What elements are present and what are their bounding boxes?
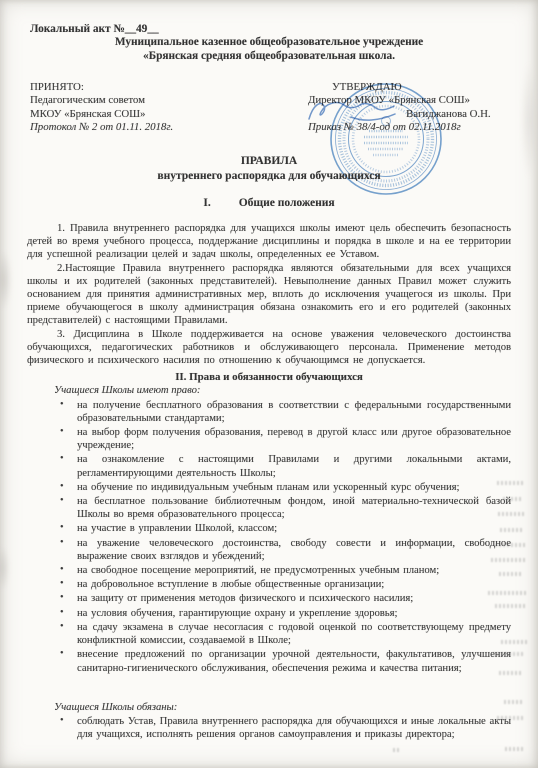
paragraph-1: 1. Правила внутреннего распорядка для уч… (27, 222, 511, 262)
bullet-icon: • (60, 563, 64, 576)
org-name-line-2: «Брянская средняя общеобразовательная шк… (0, 50, 538, 62)
accepted-block: ПРИНЯТО: Педагогическим советом МКОУ «Бр… (30, 81, 173, 135)
list-item: •на обучение по индивидуальным учебным п… (27, 481, 511, 494)
list-item-text: на уважение человеческого достоинства, с… (77, 538, 511, 562)
bullet-icon: • (60, 425, 64, 438)
list-item-text: на обучение по индивидуальным учебным пл… (77, 482, 460, 493)
accepted-protocol-line: Протокол № 2 от 01.11. 2018г. (30, 121, 173, 134)
accepted-line: Педагогическим советом (30, 94, 173, 107)
section-1-number: I. (203, 197, 210, 209)
list-item: •на сдачу экзамена в случае несогласия с… (27, 621, 511, 647)
bullet-icon: • (60, 647, 64, 660)
list-item: •на получение бесплатного образования в … (27, 399, 511, 425)
list-item: •внесение предложений по организации уро… (27, 648, 511, 674)
list-item-text: на выбор форм получения образования, пер… (77, 427, 511, 451)
list-item-text: на условия обучения, гарантирующие охран… (77, 608, 397, 619)
local-act-number: Локальный акт №__49__ (30, 23, 159, 35)
accepted-line: МКОУ «Брянская СОШ» (30, 108, 173, 121)
bullet-icon: • (60, 536, 64, 549)
list-item: •на выбор форм получения образования, пе… (27, 426, 511, 452)
bullet-icon: • (60, 620, 64, 633)
list-item-text: на добровольное вступление в любые общес… (77, 579, 384, 590)
accepted-label: ПРИНЯТО: (30, 81, 173, 94)
document-body: 1. Правила внутреннего распорядка для уч… (27, 222, 511, 741)
list-item: •на свободное посещение мероприятий, не … (27, 564, 511, 577)
list-item-text: на бесплатное пользование библиотечным ф… (77, 496, 511, 520)
list-item: •на уважение человеческого достоинства, … (27, 537, 511, 563)
list-item: •на ознакомление с настоящими Правилами … (27, 453, 511, 479)
list-item-text: внесение предложений по организации уроч… (77, 649, 511, 673)
section-2-heading: II. Права и обязанности обучающихся (27, 371, 511, 384)
list-item: •на защиту от применения методов физичес… (27, 592, 511, 605)
bullet-icon: • (60, 521, 64, 534)
bullet-icon: • (60, 452, 64, 465)
section-1-title: Общие положения (239, 197, 335, 209)
scan-smudge (0, 250, 12, 310)
rights-lead: Учащиеся Школы имеют право: (54, 384, 511, 397)
document-page: Локальный акт №__49__ Муниципальное казе… (0, 0, 538, 768)
org-name-line-1: Муниципальное казенное общеобразовательн… (0, 36, 538, 48)
bullet-icon: • (60, 398, 64, 411)
paragraph-3: 3. Дисциплина в Школе поддерживается на … (27, 328, 511, 368)
paragraph-2: 2.Настоящие Правила внутреннего распоряд… (27, 262, 511, 328)
list-item-text: на получение бесплатного образования в с… (77, 400, 511, 424)
list-item-text: на участие в управлении Школой, классом; (77, 523, 277, 534)
bullet-icon: • (60, 606, 64, 619)
scan-smudge (0, 545, 10, 591)
list-item: •на бесплатное пользование библиотечным … (27, 495, 511, 521)
bullet-icon: • (60, 591, 64, 604)
list-item: •соблюдать Устав, Правила внутреннего ра… (27, 715, 511, 741)
list-item-text: соблюдать Устав, Правила внутреннего рас… (77, 716, 511, 740)
duties-lead: Учащиеся Школы обязаны: (54, 701, 511, 714)
list-item-text: на сдачу экзамена в случае несогласия с … (77, 622, 511, 646)
list-item-text: на свободное посещение мероприятий, не п… (77, 565, 439, 576)
list-item-text: на ознакомление с настоящими Правилами и… (77, 454, 511, 478)
document-title: ПРАВИЛА (0, 155, 538, 167)
bullet-icon: • (60, 480, 64, 493)
bullet-icon: • (60, 577, 64, 590)
list-item: •на условия обучения, гарантирующие охра… (27, 607, 511, 620)
document-subtitle: внутреннего распорядка для обучающихся (0, 170, 538, 182)
bullet-icon: • (60, 714, 64, 727)
list-item: •на добровольное вступление в любые обще… (27, 578, 511, 591)
bullet-icon: • (60, 494, 64, 507)
list-item-text: на защиту от применения методов физическ… (77, 593, 413, 604)
section-1-heading: I. Общие положения (0, 197, 538, 209)
list-item: •на участие в управлении Школой, классом… (27, 522, 511, 535)
spacer (27, 675, 511, 701)
